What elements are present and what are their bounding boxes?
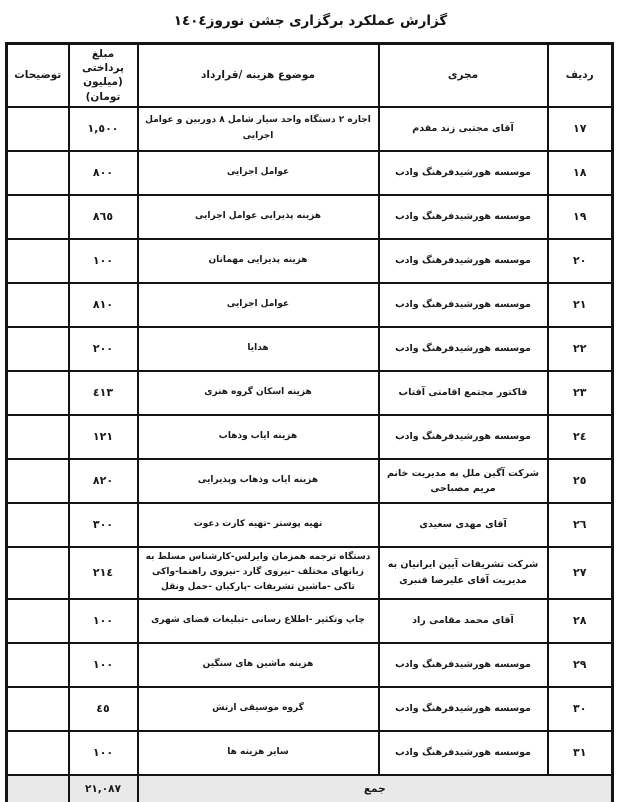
- table-row: ٢٧ شرکت تشریفات آیین ایرانیان به مدیریت …: [7, 547, 613, 599]
- executor-cell: موسسه هورشیدفرهنگ وادب: [379, 643, 548, 687]
- total-notes-cell: [7, 775, 69, 802]
- amount-cell: ١٠٠: [69, 239, 138, 283]
- row-number-cell: ١٨: [548, 151, 613, 195]
- notes-cell: [7, 151, 69, 195]
- executor-cell: شرکت تشریفات آیین ایرانیان به مدیریت آقا…: [379, 547, 548, 599]
- row-number-cell: ٣٠: [548, 687, 613, 731]
- table-body: ١٧ آقای مجتبی زند مقدم اجاره ٢ دستگاه وا…: [7, 107, 613, 775]
- executor-cell: موسسه هورشیدفرهنگ وادب: [379, 151, 548, 195]
- table-row: ١٩ موسسه هورشیدفرهنگ وادب هزینه پذیرایی …: [7, 195, 613, 239]
- amount-cell: ٨٠٠: [69, 151, 138, 195]
- table-row: ٢٥ شرکت آگین ملل به مدیریت خانم مریم مصب…: [7, 459, 613, 503]
- executor-cell: موسسه هورشیدفرهنگ وادب: [379, 687, 548, 731]
- table-header: ردیف مجری موضوع هزینه /قرارداد مبلغ پردا…: [7, 44, 613, 107]
- table-footer: جمع ٢١,٠٨٧: [7, 775, 613, 802]
- amount-cell: ١٠٠: [69, 643, 138, 687]
- header-row: ردیف مجری موضوع هزینه /قرارداد مبلغ پردا…: [7, 44, 613, 107]
- notes-cell: [7, 643, 69, 687]
- amount-cell: ١٢١: [69, 415, 138, 459]
- notes-cell: [7, 415, 69, 459]
- total-row: جمع ٢١,٠٨٧: [7, 775, 613, 802]
- subject-cell: عوامل اجرایی: [138, 151, 379, 195]
- executor-cell: موسسه هورشیدفرهنگ وادب: [379, 195, 548, 239]
- total-amount-cell: ٢١,٠٨٧: [69, 775, 138, 802]
- table-row: ٢١ موسسه هورشیدفرهنگ وادب عوامل اجرایی ٨…: [7, 283, 613, 327]
- subject-cell: هزینه ایاب وذهاب وپذیرایی: [138, 459, 379, 503]
- notes-cell: [7, 731, 69, 775]
- executor-cell: آقای محمد مقامی راد: [379, 599, 548, 643]
- row-number-cell: ٢٠: [548, 239, 613, 283]
- header-executor: مجری: [379, 44, 548, 107]
- table-row: ٢٨ آقای محمد مقامی راد چاپ وتکثیر -اطلاع…: [7, 599, 613, 643]
- notes-cell: [7, 327, 69, 371]
- report-table: ردیف مجری موضوع هزینه /قرارداد مبلغ پردا…: [5, 42, 614, 802]
- amount-cell: ١٠٠: [69, 731, 138, 775]
- row-number-cell: ٢٧: [548, 547, 613, 599]
- executor-cell: موسسه هورشیدفرهنگ وادب: [379, 415, 548, 459]
- header-amount-line1: مبلغ پرداختی: [74, 47, 133, 75]
- notes-cell: [7, 239, 69, 283]
- row-number-cell: ١٧: [548, 107, 613, 151]
- amount-cell: ٤٥: [69, 687, 138, 731]
- table-row: ١٧ آقای مجتبی زند مقدم اجاره ٢ دستگاه وا…: [7, 107, 613, 151]
- executor-cell: موسسه هورشیدفرهنگ وادب: [379, 239, 548, 283]
- notes-cell: [7, 107, 69, 151]
- table-row: ٢٦ آقای مهدی سعیدی تهیه پوستر -تهیه کارت…: [7, 503, 613, 547]
- notes-cell: [7, 503, 69, 547]
- amount-cell: ١,٥٠٠: [69, 107, 138, 151]
- notes-cell: [7, 459, 69, 503]
- header-amount: مبلغ پرداختی (میلیون تومان): [69, 44, 138, 107]
- amount-cell: ٤١٣: [69, 371, 138, 415]
- row-number-cell: ٢٢: [548, 327, 613, 371]
- row-number-cell: ٣١: [548, 731, 613, 775]
- subject-cell: دستگاه ترجمه همزمان وایرلس-کارشناس مسلط …: [138, 547, 379, 599]
- executor-cell: آقای مجتبی زند مقدم: [379, 107, 548, 151]
- executor-cell: موسسه هورشیدفرهنگ وادب: [379, 731, 548, 775]
- notes-cell: [7, 371, 69, 415]
- subject-cell: تهیه پوستر -تهیه کارت دعوت: [138, 503, 379, 547]
- subject-cell: هزینه ایاب وذهاب: [138, 415, 379, 459]
- amount-cell: ٨٦٥: [69, 195, 138, 239]
- amount-cell: ٢١٤: [69, 547, 138, 599]
- notes-cell: [7, 599, 69, 643]
- row-number-cell: ٢٥: [548, 459, 613, 503]
- executor-cell: آقای مهدی سعیدی: [379, 503, 548, 547]
- document-page: گزارش عملکرد برگزاری جشن نوروز١٤٠٤ ردیف …: [0, 0, 621, 802]
- subject-cell: هزینه پذیرایی عوامل اجرایی: [138, 195, 379, 239]
- subject-cell: چاپ وتکثیر -اطلاع رسانی -تبلیغات فضای شه…: [138, 599, 379, 643]
- row-number-cell: ٢٩: [548, 643, 613, 687]
- amount-cell: ٨١٠: [69, 283, 138, 327]
- subject-cell: سایر هزینه ها: [138, 731, 379, 775]
- subject-cell: هدایا: [138, 327, 379, 371]
- notes-cell: [7, 195, 69, 239]
- executor-cell: موسسه هورشیدفرهنگ وادب: [379, 283, 548, 327]
- table-row: ١٨ موسسه هورشیدفرهنگ وادب عوامل اجرایی ٨…: [7, 151, 613, 195]
- amount-cell: ١٠٠: [69, 599, 138, 643]
- subject-cell: هزینه اسکان گروه هنری: [138, 371, 379, 415]
- table-row: ٢٢ موسسه هورشیدفرهنگ وادب هدایا ٢٠٠: [7, 327, 613, 371]
- subject-cell: هزینه ماشین های سنگین: [138, 643, 379, 687]
- amount-cell: ٣٠٠: [69, 503, 138, 547]
- row-number-cell: ٢١: [548, 283, 613, 327]
- row-number-cell: ٢٨: [548, 599, 613, 643]
- header-row-number: ردیف: [548, 44, 613, 107]
- table-row: ٢٤ موسسه هورشیدفرهنگ وادب هزینه ایاب وذه…: [7, 415, 613, 459]
- header-amount-line2: (میلیون تومان): [74, 75, 133, 103]
- amount-cell: ٢٠٠: [69, 327, 138, 371]
- row-number-cell: ٢٦: [548, 503, 613, 547]
- executor-cell: شرکت آگین ملل به مدیریت خانم مریم مصباحی: [379, 459, 548, 503]
- notes-cell: [7, 687, 69, 731]
- table-row: ٢٠ موسسه هورشیدفرهنگ وادب هزینه پذیرایی …: [7, 239, 613, 283]
- row-number-cell: ٢٣: [548, 371, 613, 415]
- executor-cell: فاکتور مجتمع اقامتی آفتاب: [379, 371, 548, 415]
- amount-cell: ٨٢٠: [69, 459, 138, 503]
- table-row: ٣١ موسسه هورشیدفرهنگ وادب سایر هزینه ها …: [7, 731, 613, 775]
- total-label-cell: جمع: [138, 775, 613, 802]
- subject-cell: عوامل اجرایی: [138, 283, 379, 327]
- row-number-cell: ١٩: [548, 195, 613, 239]
- header-subject: موضوع هزینه /قرارداد: [138, 44, 379, 107]
- executor-cell: موسسه هورشیدفرهنگ وادب: [379, 327, 548, 371]
- table-row: ٣٠ موسسه هورشیدفرهنگ وادب گروه موسیقی ار…: [7, 687, 613, 731]
- header-notes: توضیحات: [7, 44, 69, 107]
- subject-cell: اجاره ٢ دستگاه واحد سیار شامل ٨ دوربین و…: [138, 107, 379, 151]
- page-title: گزارش عملکرد برگزاری جشن نوروز١٤٠٤: [0, 13, 621, 29]
- notes-cell: [7, 547, 69, 599]
- row-number-cell: ٢٤: [548, 415, 613, 459]
- subject-cell: هزینه پذیرایی مهمانان: [138, 239, 379, 283]
- subject-cell: گروه موسیقی ارتش: [138, 687, 379, 731]
- notes-cell: [7, 283, 69, 327]
- table-row: ٢٩ موسسه هورشیدفرهنگ وادب هزینه ماشین ها…: [7, 643, 613, 687]
- table-row: ٢٣ فاکتور مجتمع اقامتی آفتاب هزینه اسکان…: [7, 371, 613, 415]
